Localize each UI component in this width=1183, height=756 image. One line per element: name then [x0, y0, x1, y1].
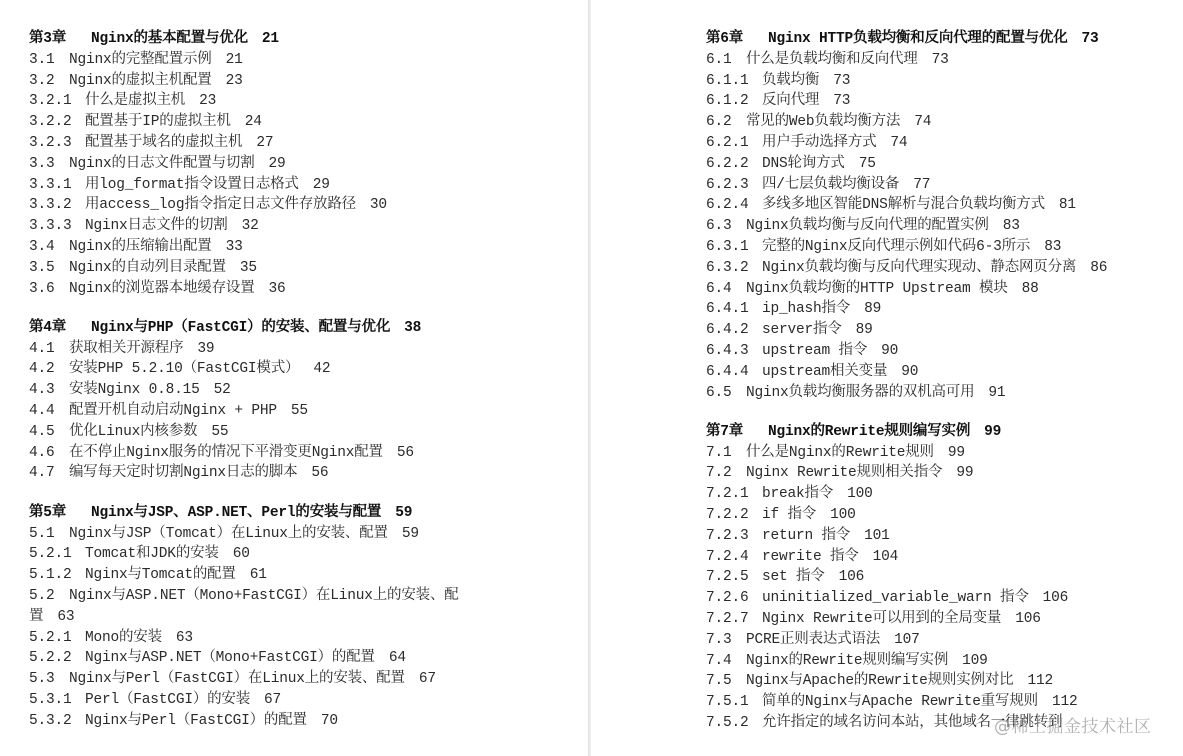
section-number: 6.1.2 [706, 91, 762, 112]
toc-entry[interactable]: 6.4.1ip_hash指令89 [706, 299, 1107, 320]
toc-entry[interactable]: 5.1.2Nginx与Tomcat的配置61 [29, 565, 459, 586]
section-title: Nginx与JSP（Tomcat）在Linux上的安装、配置 [69, 526, 388, 542]
toc-entry[interactable]: 4.7编写每天定时切割Nginx日志的脚本56 [29, 463, 459, 484]
toc-entry[interactable]: 5.3.2Nginx与Perl（FastCGI）的配置70 [29, 711, 459, 732]
page-number: 75 [859, 156, 876, 172]
toc-entry[interactable]: 3.3.3Nginx日志文件的切割32 [29, 216, 459, 237]
section-title: 多线多地区智能DNS解析与混合负载均衡方式 [762, 197, 1045, 213]
toc-entry[interactable]: 4.5优化Linux内核参数55 [29, 422, 459, 443]
page-number: 56 [397, 445, 414, 461]
section-number: 4.4 [29, 401, 69, 422]
page-number: 29 [313, 177, 330, 193]
section-title: Nginx负载均衡的HTTP Upstream 模块 [746, 281, 1008, 297]
section-number: 7.2.3 [706, 526, 762, 547]
section-number: 6.2.1 [706, 133, 762, 154]
section-number: 3.3.2 [29, 195, 85, 216]
page-number: 99 [984, 424, 1001, 440]
toc-entry[interactable]: 4.2安装PHP 5.2.10（FastCGI模式）42 [29, 359, 459, 380]
section-number: 6.4.4 [706, 362, 762, 383]
section-number: 4.3 [29, 380, 69, 401]
section-title: Nginx的压缩输出配置 [69, 239, 212, 255]
section-number: 5.1.2 [29, 565, 85, 586]
toc-entry[interactable]: 3.6Nginx的浏览器本地缓存设置36 [29, 279, 459, 300]
section-title-continuation: 置 [29, 609, 43, 625]
section-number: 7.2.2 [706, 505, 762, 526]
section-number: 7.1 [706, 443, 746, 464]
section-title: 配置基于域名的虚拟主机 [85, 135, 242, 151]
toc-entry[interactable]: 7.5.1简单的Nginx与Apache Rewrite重写规则112 [706, 692, 1107, 713]
toc-entry[interactable]: 3.3.2用access_log指令指定日志文件存放路径30 [29, 195, 459, 216]
toc-entry[interactable]: 3.2.3配置基于域名的虚拟主机27 [29, 133, 459, 154]
page-number: 91 [988, 385, 1005, 401]
toc-list-left: 第3章Nginx的基本配置与优化213.1Nginx的完整配置示例213.2Ng… [29, 29, 459, 732]
section-number: 7.2.4 [706, 547, 762, 568]
section-title: Nginx Rewrite可以用到的全局变量 [762, 611, 1001, 627]
toc-entry[interactable]: 7.2.4rewrite 指令104 [706, 547, 1107, 568]
page-number: 83 [1044, 239, 1061, 255]
toc-entry[interactable]: 6.4.2server指令89 [706, 320, 1107, 341]
toc-entry[interactable]: 3.2.2配置基于IP的虚拟主机24 [29, 112, 459, 133]
page-number: 27 [256, 135, 273, 151]
section-title: Nginx与ASP.NET（Mono+FastCGI）在Linux上的安装、配 [69, 588, 459, 604]
section-title: Nginx与Apache的Rewrite规则实例对比 [746, 673, 1013, 689]
section-number: 3.2.3 [29, 133, 85, 154]
section-number: 4.6 [29, 443, 69, 464]
section-number: 6.4.3 [706, 341, 762, 362]
toc-entry[interactable]: 4.1获取相关开源程序39 [29, 339, 459, 360]
page-number: 107 [894, 632, 920, 648]
page-number: 63 [176, 630, 193, 646]
toc-entry[interactable]: 6.4.4upstream相关变量90 [706, 362, 1107, 383]
section-title: 配置基于IP的虚拟主机 [85, 114, 231, 130]
section-number: 3.2.2 [29, 112, 85, 133]
page-number: 112 [1052, 694, 1078, 710]
toc-entry[interactable]: 5.2.1Tomcat和JDK的安装60 [29, 544, 459, 565]
section-title: DNS轮询方式 [762, 156, 845, 172]
page-number: 64 [389, 650, 406, 666]
toc-entry[interactable]: 3.3Nginx的日志文件配置与切割29 [29, 154, 459, 175]
section-title: Nginx的完整配置示例 [69, 52, 212, 68]
section-gap [29, 484, 459, 503]
section-title: 完整的Nginx反向代理示例如代码6-3所示 [762, 239, 1030, 255]
toc-entry[interactable]: 3.5Nginx的自动列目录配置35 [29, 258, 459, 279]
toc-entry[interactable]: 6.2.4多线多地区智能DNS解析与混合负载均衡方式81 [706, 195, 1107, 216]
toc-entry[interactable]: 6.3.2Nginx负载均衡与反向代理实现动、静态网页分离86 [706, 258, 1107, 279]
toc-entry[interactable]: 6.4.3upstream 指令90 [706, 341, 1107, 362]
section-title: 什么是Nginx的Rewrite规则 [746, 445, 934, 461]
section-number: 6.4.1 [706, 299, 762, 320]
section-number: 7.5.2 [706, 713, 762, 734]
section-number: 6.2 [706, 112, 746, 133]
section-title: 负载均衡 [762, 73, 819, 89]
chapter-number: 第3章 [29, 29, 91, 50]
page-number: 112 [1027, 673, 1053, 689]
toc-entry[interactable]: 6.3.1完整的Nginx反向代理示例如代码6-3所示83 [706, 237, 1107, 258]
page-number: 59 [402, 526, 419, 542]
section-number: 3.4 [29, 237, 69, 258]
section-title: Nginx日志文件的切割 [85, 218, 228, 234]
toc-entry[interactable]: 7.2.7Nginx Rewrite可以用到的全局变量106 [706, 609, 1107, 630]
toc-entry[interactable]: 7.2.6uninitialized_variable_warn 指令106 [706, 588, 1107, 609]
page-number: 21 [226, 52, 243, 68]
section-number: 6.2.4 [706, 195, 762, 216]
section-number: 7.2 [706, 463, 746, 484]
section-number: 4.1 [29, 339, 69, 360]
toc-entry[interactable]: 6.1.2反向代理73 [706, 91, 1107, 112]
page-number: 77 [913, 177, 930, 193]
page-divider [588, 0, 591, 756]
page-number: 106 [1043, 590, 1069, 606]
section-title: 用log_format指令设置日志格式 [85, 177, 299, 193]
page-number: 23 [226, 73, 243, 89]
section-title: 获取相关开源程序 [69, 341, 183, 357]
section-title: 安装Nginx 0.8.15 [69, 382, 200, 398]
section-number: 6.1.1 [706, 71, 762, 92]
toc-list-right: 第6章Nginx HTTP负载均衡和反向代理的配置与优化736.1什么是负载均衡… [706, 29, 1107, 734]
toc-entry[interactable]: 7.3PCRE正则表达式语法107 [706, 630, 1107, 651]
toc-entry[interactable]: 6.3Nginx负载均衡与反向代理的配置实例83 [706, 216, 1107, 237]
section-title: Nginx与ASP.NET（Mono+FastCGI）的配置 [85, 650, 375, 666]
section-number: 6.1 [706, 50, 746, 71]
toc-entry[interactable]: 6.2常见的Web负载均衡方法74 [706, 112, 1107, 133]
section-title: 配置开机自动启动Nginx + PHP [69, 403, 277, 419]
section-title: server指令 [762, 322, 842, 338]
page-number: 33 [226, 239, 243, 255]
section-title: Nginx负载均衡服务器的双机高可用 [746, 385, 974, 401]
toc-entry[interactable]: 7.5Nginx与Apache的Rewrite规则实例对比112 [706, 671, 1107, 692]
section-number: 3.2 [29, 71, 69, 92]
page-number: 83 [1003, 218, 1020, 234]
toc-entry[interactable]: 3.3.1用log_format指令设置日志格式29 [29, 175, 459, 196]
page-number: 73 [1082, 31, 1099, 47]
toc-entry[interactable]: 7.4Nginx的Rewrite规则编写实例109 [706, 651, 1107, 672]
toc-entry[interactable]: 6.2.3四/七层负载均衡设备77 [706, 175, 1107, 196]
page-number: 23 [199, 93, 216, 109]
toc-entry[interactable]: 7.1什么是Nginx的Rewrite规则99 [706, 443, 1107, 464]
chapter-number: 第6章 [706, 29, 768, 50]
section-number: 3.6 [29, 279, 69, 300]
page-number: 63 [57, 609, 74, 625]
section-title: 简单的Nginx与Apache Rewrite重写规则 [762, 694, 1038, 710]
page-number: 100 [847, 486, 873, 502]
page-number: 55 [291, 403, 308, 419]
section-title: Nginx负载均衡与反向代理实现动、静态网页分离 [762, 260, 1076, 276]
section-title: Nginx与Perl（FastCGI）的配置 [85, 713, 307, 729]
toc-entry[interactable]: 4.3安装Nginx 0.8.1552 [29, 380, 459, 401]
page-number: 39 [197, 341, 214, 357]
toc-entry[interactable]: 7.2Nginx Rewrite规则相关指令99 [706, 463, 1107, 484]
toc-entry[interactable]: 3.4Nginx的压缩输出配置33 [29, 237, 459, 258]
page-number: 74 [890, 135, 907, 151]
section-title: Nginx负载均衡与反向代理的配置实例 [746, 218, 989, 234]
section-title: Perl（FastCGI）的安装 [85, 692, 250, 708]
toc-entry[interactable]: 5.2.2Nginx与ASP.NET（Mono+FastCGI）的配置64 [29, 648, 459, 669]
section-title: upstream 指令 [762, 343, 867, 359]
section-number: 4.2 [29, 359, 69, 380]
toc-entry[interactable]: 6.4Nginx负载均衡的HTTP Upstream 模块88 [706, 279, 1107, 300]
section-number: 3.1 [29, 50, 69, 71]
page-number: 100 [830, 507, 856, 523]
page-number: 35 [240, 260, 257, 276]
chapter-heading[interactable]: 第3章Nginx的基本配置与优化21 [29, 29, 459, 50]
toc-entry[interactable]: 3.1Nginx的完整配置示例21 [29, 50, 459, 71]
chapter-title: Nginx与PHP（FastCGI）的安装、配置与优化 [91, 320, 390, 336]
section-number: 7.5 [706, 671, 746, 692]
toc-entry[interactable]: 7.2.3return 指令101 [706, 526, 1107, 547]
section-number: 4.7 [29, 463, 69, 484]
page-number: 67 [264, 692, 281, 708]
section-title: Nginx与Perl（FastCGI）在Linux上的安装、配置 [69, 671, 405, 687]
page-number: 106 [1015, 611, 1041, 627]
section-title: Nginx的浏览器本地缓存设置 [69, 281, 255, 297]
page-number: 32 [242, 218, 259, 234]
section-title: Mono的安装 [85, 630, 162, 646]
page-number: 74 [914, 114, 931, 130]
chapter-title: Nginx与JSP、ASP.NET、Perl的安装与配置 [91, 505, 381, 521]
page-number: 81 [1059, 197, 1076, 213]
section-number: 5.3 [29, 669, 69, 690]
page-number: 73 [833, 73, 850, 89]
section-number: 6.2.2 [706, 154, 762, 175]
section-title: PCRE正则表达式语法 [746, 632, 880, 648]
toc-entry[interactable]: 7.2.1break指令100 [706, 484, 1107, 505]
chapter-heading[interactable]: 第6章Nginx HTTP负载均衡和反向代理的配置与优化73 [706, 29, 1107, 50]
watermark: @稀土掘金技术社区 [994, 712, 1152, 737]
section-title: 反向代理 [762, 93, 819, 109]
section-title: ip_hash指令 [762, 301, 850, 317]
section-number: 6.3 [706, 216, 746, 237]
section-title: Nginx的日志文件配置与切割 [69, 156, 255, 172]
section-title: 在不停止Nginx服务的情况下平滑变更Nginx配置 [69, 445, 383, 461]
section-title: Nginx的Rewrite规则编写实例 [746, 653, 948, 669]
section-number: 5.2 [29, 586, 69, 607]
section-number: 6.4.2 [706, 320, 762, 341]
toc-entry[interactable]: 7.2.2if 指令100 [706, 505, 1107, 526]
page-number: 89 [856, 322, 873, 338]
section-title: Nginx的虚拟主机配置 [69, 73, 212, 89]
page-number: 56 [311, 465, 328, 481]
page-number: 21 [262, 31, 279, 47]
section-number: 3.2.1 [29, 91, 85, 112]
toc-entry[interactable]: 6.2.1用户手动选择方式74 [706, 133, 1107, 154]
section-number: 7.2.7 [706, 609, 762, 630]
section-number: 6.3.1 [706, 237, 762, 258]
section-number: 3.3.3 [29, 216, 85, 237]
section-title: upstream相关变量 [762, 364, 887, 380]
toc-entry[interactable]: 4.6在不停止Nginx服务的情况下平滑变更Nginx配置56 [29, 443, 459, 464]
page-number: 90 [901, 364, 918, 380]
section-number: 5.2.2 [29, 648, 85, 669]
toc-entry-continuation[interactable]: 置63 [29, 607, 459, 628]
page-number: 24 [245, 114, 262, 130]
chapter-number: 第4章 [29, 318, 91, 339]
section-number: 7.2.5 [706, 567, 762, 588]
section-number: 3.3.1 [29, 175, 85, 196]
section-number: 7.4 [706, 651, 746, 672]
section-title: break指令 [762, 486, 833, 502]
section-title: 四/七层负载均衡设备 [762, 177, 899, 193]
right-page: 第6章Nginx HTTP负载均衡和反向代理的配置与优化736.1什么是负载均衡… [592, 0, 1183, 756]
section-number: 6.2.3 [706, 175, 762, 196]
page-number: 104 [873, 549, 899, 565]
section-title: 安装PHP 5.2.10（FastCGI模式） [69, 361, 299, 377]
page-number: 70 [321, 713, 338, 729]
section-title: uninitialized_variable_warn 指令 [762, 590, 1029, 606]
chapter-number: 第5章 [29, 503, 91, 524]
toc-entry[interactable]: 4.4配置开机自动启动Nginx + PHP55 [29, 401, 459, 422]
section-number: 3.5 [29, 258, 69, 279]
section-title: 什么是虚拟主机 [85, 93, 185, 109]
toc-entry[interactable]: 6.5Nginx负载均衡服务器的双机高可用91 [706, 383, 1107, 404]
page-number: 73 [833, 93, 850, 109]
page-number: 73 [932, 52, 949, 68]
section-number: 7.2.6 [706, 588, 762, 609]
section-title: if 指令 [762, 507, 816, 523]
page-number: 99 [956, 465, 973, 481]
chapter-title: Nginx的基本配置与优化 [91, 31, 248, 47]
page-number: 59 [395, 505, 412, 521]
page-number: 99 [948, 445, 965, 461]
chapter-number: 第7章 [706, 422, 768, 443]
section-number: 5.2.1 [29, 544, 85, 565]
section-title: Nginx与Tomcat的配置 [85, 567, 236, 583]
toc-entry[interactable]: 6.2.2DNS轮询方式75 [706, 154, 1107, 175]
page-number: 88 [1022, 281, 1039, 297]
section-number: 6.4 [706, 279, 746, 300]
section-number: 7.5.1 [706, 692, 762, 713]
section-number: 5.2.1 [29, 628, 85, 649]
toc-entry[interactable]: 3.2Nginx的虚拟主机配置23 [29, 71, 459, 92]
section-number: 6.5 [706, 383, 746, 404]
page-number: 86 [1090, 260, 1107, 276]
section-number: 5.3.1 [29, 690, 85, 711]
section-title: Nginx的自动列目录配置 [69, 260, 226, 276]
section-gap [29, 299, 459, 318]
page-number: 60 [233, 546, 250, 562]
section-number: 7.2.1 [706, 484, 762, 505]
section-title: 用户手动选择方式 [762, 135, 876, 151]
page-number: 101 [864, 528, 890, 544]
section-title: return 指令 [762, 528, 850, 544]
page-number: 89 [864, 301, 881, 317]
section-title: set 指令 [762, 569, 825, 585]
page-number: 30 [370, 197, 387, 213]
section-title: Tomcat和JDK的安装 [85, 546, 219, 562]
toc-entry[interactable]: 3.2.1什么是虚拟主机23 [29, 91, 459, 112]
section-title: 优化Linux内核参数 [69, 424, 197, 440]
toc-entry[interactable]: 5.3Nginx与Perl（FastCGI）在Linux上的安装、配置67 [29, 669, 459, 690]
toc-entry[interactable]: 5.2Nginx与ASP.NET（Mono+FastCGI）在Linux上的安装… [29, 586, 459, 607]
toc-entry[interactable]: 7.2.5set 指令106 [706, 567, 1107, 588]
section-number: 3.3 [29, 154, 69, 175]
page-number: 38 [404, 320, 421, 336]
section-title: 常见的Web负载均衡方法 [746, 114, 900, 130]
section-number: 6.3.2 [706, 258, 762, 279]
toc-entry[interactable]: 5.3.1Perl（FastCGI）的安装67 [29, 690, 459, 711]
page-number: 106 [839, 569, 865, 585]
chapter-heading[interactable]: 第4章Nginx与PHP（FastCGI）的安装、配置与优化38 [29, 318, 459, 339]
page-number: 52 [214, 382, 231, 398]
chapter-title: Nginx HTTP负载均衡和反向代理的配置与优化 [768, 31, 1068, 47]
toc-entry[interactable]: 6.1什么是负载均衡和反向代理73 [706, 50, 1107, 71]
page-number: 29 [269, 156, 286, 172]
section-title: 用access_log指令指定日志文件存放路径 [85, 197, 356, 213]
chapter-title: Nginx的Rewrite规则编写实例 [768, 424, 970, 440]
section-number: 5.1 [29, 524, 69, 545]
page-number: 36 [269, 281, 286, 297]
page-number: 90 [881, 343, 898, 359]
page-number: 42 [313, 361, 330, 377]
section-title: 编写每天定时切割Nginx日志的脚本 [69, 465, 297, 481]
section-gap [706, 403, 1107, 422]
section-title: Nginx Rewrite规则相关指令 [746, 465, 942, 481]
page-number: 109 [962, 653, 988, 669]
toc-entry[interactable]: 5.2.1Mono的安装63 [29, 628, 459, 649]
section-title: 什么是负载均衡和反向代理 [746, 52, 918, 68]
page-number: 61 [250, 567, 267, 583]
section-number: 7.3 [706, 630, 746, 651]
chapter-heading[interactable]: 第7章Nginx的Rewrite规则编写实例99 [706, 422, 1107, 443]
section-number: 5.3.2 [29, 711, 85, 732]
page-number: 67 [419, 671, 436, 687]
section-title: rewrite 指令 [762, 549, 859, 565]
chapter-heading[interactable]: 第5章Nginx与JSP、ASP.NET、Perl的安装与配置59 [29, 503, 459, 524]
toc-entry[interactable]: 5.1Nginx与JSP（Tomcat）在Linux上的安装、配置59 [29, 524, 459, 545]
toc-entry[interactable]: 6.1.1负载均衡73 [706, 71, 1107, 92]
left-page: 第3章Nginx的基本配置与优化213.1Nginx的完整配置示例213.2Ng… [0, 0, 588, 756]
page-number: 55 [211, 424, 228, 440]
section-number: 4.5 [29, 422, 69, 443]
